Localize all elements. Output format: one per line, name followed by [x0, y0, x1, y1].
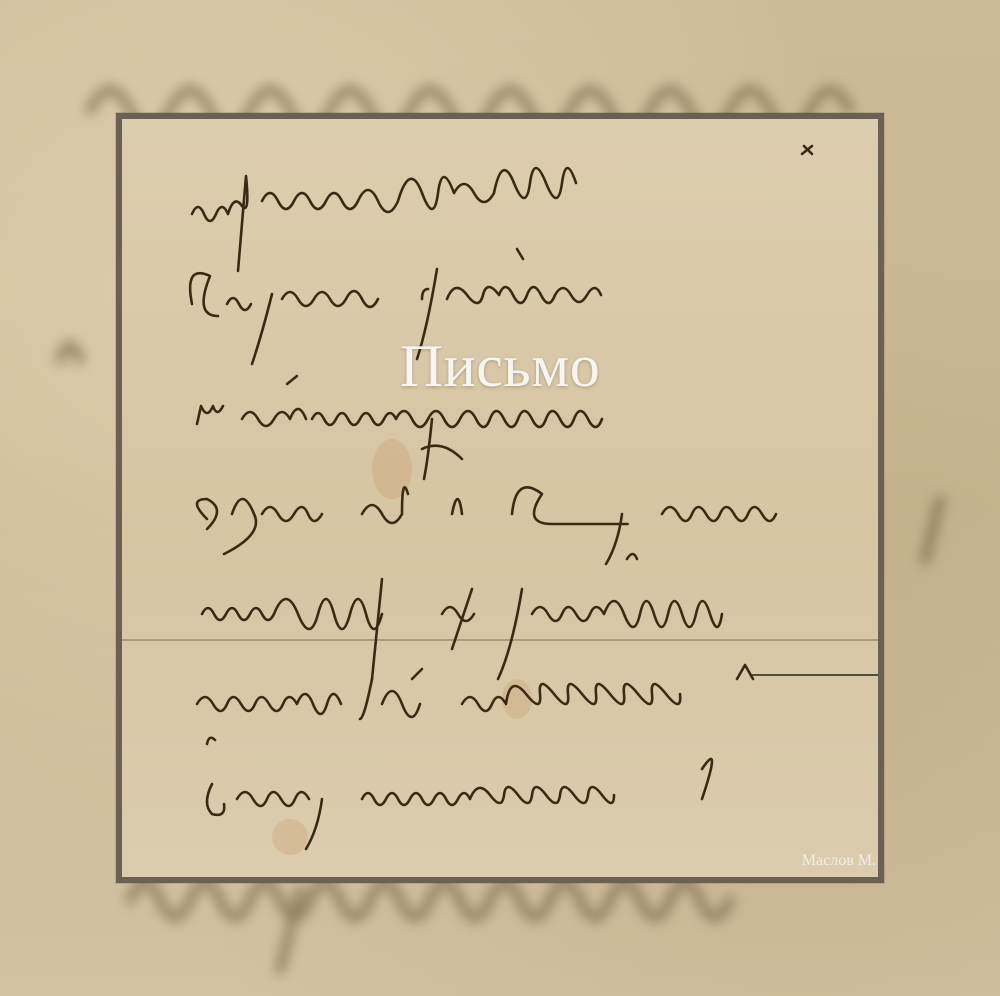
- handwritten-letter: [122, 119, 878, 877]
- script-line-6: [197, 665, 753, 719]
- script-line-7: [207, 738, 712, 849]
- script-line-1: [192, 146, 812, 271]
- script-line-5: [202, 554, 722, 679]
- script-line-4: [197, 446, 776, 564]
- artwork-title: Письмо: [122, 332, 878, 401]
- author-credit: Маслов М.: [802, 852, 876, 870]
- letter-frame: Письмо: [116, 113, 884, 883]
